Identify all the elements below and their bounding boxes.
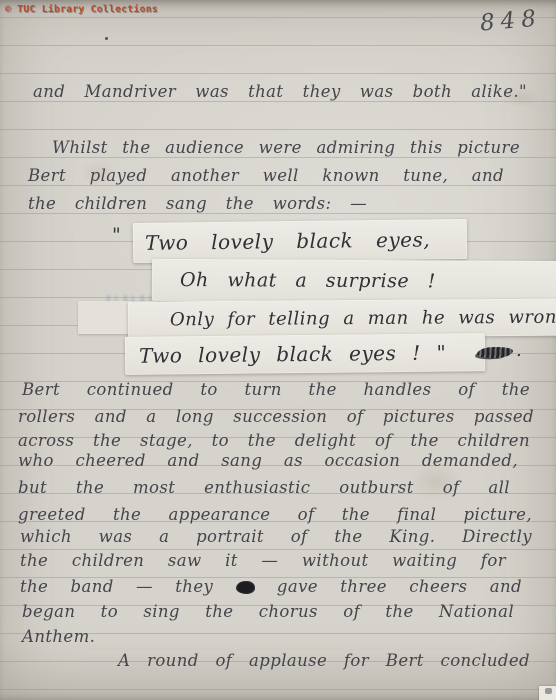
copyright-watermark: © TUC Library Collections — [5, 4, 158, 15]
handwritten-line: rollers and a long succession of picture… — [18, 405, 534, 429]
open-quote: " — [112, 224, 121, 246]
handwritten-line: and Mandriver was that they was both ali… — [33, 80, 527, 104]
handwritten-line: greeted the appearance of the final pict… — [18, 503, 532, 527]
pasted-lyric-strip: Only for telling a man he was wrong, — [128, 298, 556, 338]
lyric-line: Two lovely black eyes, — [145, 227, 430, 254]
pasted-lyric-strip: Oh what a surprise ! — [152, 259, 556, 303]
line-text-before-blot: the band — they — [20, 577, 213, 596]
handwritten-line: the band — they gave three cheers and — [20, 575, 522, 599]
corner-mark — [545, 688, 552, 694]
handwritten-line: A round of applause for Bert concluded — [118, 649, 530, 673]
handwritten-line: began to sing the chorus of the National — [22, 600, 514, 624]
ink-blot — [236, 581, 255, 594]
line-text-after-blot: gave three cheers and — [277, 577, 522, 596]
handwritten-line: the children sang the words: — — [28, 192, 367, 216]
pasted-lyric-strip: Two lovely black eyes, — [133, 219, 467, 263]
handwritten-line: who cheered and sang as occasion demande… — [18, 449, 518, 473]
lyric-line: Two lovely black eyes ! " — [139, 341, 447, 368]
pasted-lyric-strip: Two lovely black eyes ! " — [125, 333, 485, 375]
handwritten-line: which was a portrait of the King. Direct… — [20, 525, 532, 549]
lyric-line: Oh what a surprise ! — [180, 269, 436, 292]
lyric-line: Only for telling a man he was wrong, — [170, 307, 556, 331]
handwritten-line: Bert played another well known tune, and — [28, 164, 504, 188]
manuscript-page: © TUC Library Collections 848 and Mandri… — [0, 0, 556, 700]
pasted-strip-fragment — [78, 301, 132, 334]
handwritten-line: Bert continued to turn the handles of th… — [22, 378, 530, 402]
handwritten-line: Whilst the audience were admiring this p… — [52, 136, 520, 160]
scribble-redaction — [477, 346, 514, 359]
period-after-scribble: . — [516, 340, 522, 361]
handwritten-line: but the most enthusiastic outburst of al… — [18, 476, 510, 500]
ink-speck — [105, 37, 108, 40]
handwritten-line: Anthem. — [22, 625, 95, 649]
page-number: 848 — [479, 5, 543, 36]
handwritten-line: the children saw it — without waiting fo… — [20, 549, 506, 573]
